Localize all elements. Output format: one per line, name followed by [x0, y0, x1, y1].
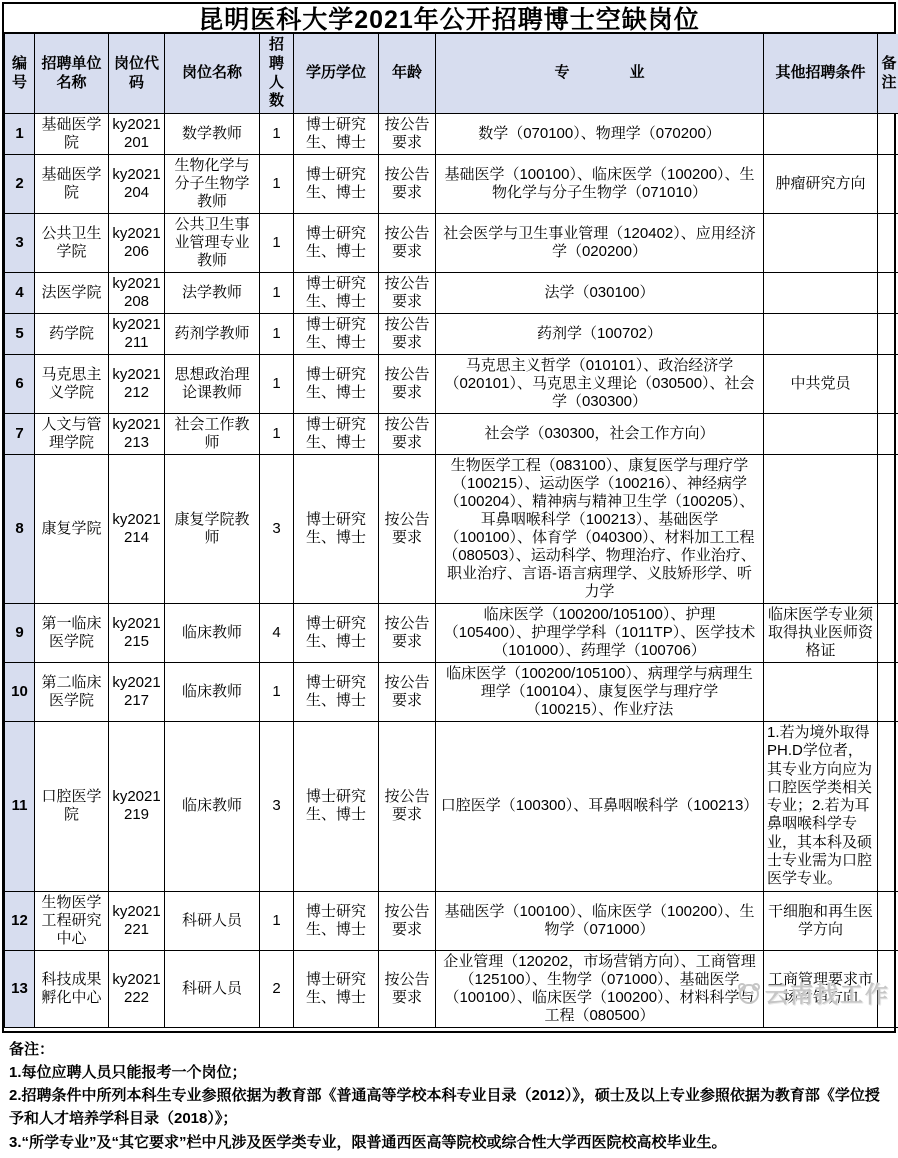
cell-post-name: 公共卫生事业管理专业教师: [165, 214, 260, 273]
cell-post-name: 临床教师: [165, 722, 260, 892]
cell-other-conditions: [764, 314, 878, 355]
cell-degree: 博士研究生、博士: [294, 891, 379, 950]
cell-age: 按公告要求: [379, 722, 436, 892]
col-header-count: 招聘人数: [260, 34, 294, 114]
col-header-degree: 学历学位: [294, 34, 379, 114]
cell-other-conditions: 肿瘤研究方向: [764, 155, 878, 214]
cell-headcount: 1: [260, 891, 294, 950]
col-header-post: 岗位名称: [165, 34, 260, 114]
table-row: 12 生物医学工程研究中心 ky2021221 科研人员 1 博士研究生、博士 …: [5, 891, 898, 950]
cell-post-code: ky2021211: [109, 314, 165, 355]
cell-post-name: 生物化学与分子生物学教师: [165, 155, 260, 214]
cell-post-code: ky2021219: [109, 722, 165, 892]
cell-age: 按公告要求: [379, 114, 436, 155]
cell-age: 按公告要求: [379, 604, 436, 663]
col-header-unit: 招聘单位名称: [35, 34, 109, 114]
cell-age: 按公告要求: [379, 455, 436, 604]
cell-row-number: 9: [5, 604, 35, 663]
cell-other-conditions: 中共党员: [764, 355, 878, 414]
footnote-line-2: 2.招聘条件中所列本科生专业参照依据为教育部《普通高等学校本科专业目录（2012…: [9, 1084, 889, 1131]
cell-post-name: 数学教师: [165, 114, 260, 155]
footnote-line-3: 3.“所学专业”及“其它要求”栏中凡涉及医学类专业，限普通西医高等院校或综合性大…: [9, 1131, 889, 1154]
cell-other-conditions: 临床医学专业须取得执业医师资格证: [764, 604, 878, 663]
cell-headcount: 4: [260, 604, 294, 663]
table-row: 11 口腔医学院 ky2021219 临床教师 3 博士研究生、博士 按公告要求…: [5, 722, 898, 892]
cell-degree: 博士研究生、博士: [294, 214, 379, 273]
cell-remark: [878, 273, 898, 314]
cell-post-name: 科研人员: [165, 950, 260, 1027]
cell-unit-name: 第一临床医学院: [35, 604, 109, 663]
cell-unit-name: 生物医学工程研究中心: [35, 891, 109, 950]
cell-row-number: 4: [5, 273, 35, 314]
col-header-code: 岗位代码: [109, 34, 165, 114]
cell-post-name: 法学教师: [165, 273, 260, 314]
cell-unit-name: 基础医学院: [35, 155, 109, 214]
cell-headcount: 1: [260, 414, 294, 455]
cell-age: 按公告要求: [379, 950, 436, 1027]
cell-post-code: ky2021215: [109, 604, 165, 663]
cell-post-name: 科研人员: [165, 891, 260, 950]
table-body: 1 基础医学院 ky2021201 数学教师 1 博士研究生、博士 按公告要求 …: [5, 114, 898, 1028]
cell-other-conditions: 1.若为境外取得PH.D学位者，其专业方向应为口腔医学类相关专业；2.若为耳鼻咽…: [764, 722, 878, 892]
cell-major: 马克思主义哲学（010101）、政治经济学（020101）、马克思主义理论（03…: [436, 355, 764, 414]
cell-row-number: 6: [5, 355, 35, 414]
cell-headcount: 1: [260, 114, 294, 155]
cell-headcount: 1: [260, 273, 294, 314]
cell-headcount: 1: [260, 663, 294, 722]
cell-headcount: 2: [260, 950, 294, 1027]
cell-remark: [878, 155, 898, 214]
table-row: 5 药学院 ky2021211 药剂学教师 1 博士研究生、博士 按公告要求 药…: [5, 314, 898, 355]
table-row: 9 第一临床医学院 ky2021215 临床教师 4 博士研究生、博士 按公告要…: [5, 604, 898, 663]
cell-unit-name: 基础医学院: [35, 114, 109, 155]
cell-headcount: 3: [260, 722, 294, 892]
footnotes: 备注： 1.每位应聘人员只能报考一个岗位； 2.招聘条件中所列本科生专业参照依据…: [4, 1028, 894, 1158]
cell-row-number: 3: [5, 214, 35, 273]
cell-headcount: 3: [260, 455, 294, 604]
col-header-remark: 备注: [878, 34, 898, 114]
cell-row-number: 11: [5, 722, 35, 892]
cell-age: 按公告要求: [379, 214, 436, 273]
cell-age: 按公告要求: [379, 355, 436, 414]
cell-post-code: ky2021217: [109, 663, 165, 722]
cell-post-name: 社会工作教师: [165, 414, 260, 455]
cell-degree: 博士研究生、博士: [294, 314, 379, 355]
cell-headcount: 1: [260, 155, 294, 214]
cell-age: 按公告要求: [379, 273, 436, 314]
cell-unit-name: 口腔医学院: [35, 722, 109, 892]
cell-remark: [878, 455, 898, 604]
cell-post-name: 康复学院教师: [165, 455, 260, 604]
cell-other-conditions: 干细胞和再生医学方向: [764, 891, 878, 950]
cell-post-code: ky2021208: [109, 273, 165, 314]
col-header-major: 专 业: [436, 34, 764, 114]
cell-unit-name: 第二临床医学院: [35, 663, 109, 722]
cell-row-number: 5: [5, 314, 35, 355]
cell-row-number: 10: [5, 663, 35, 722]
cell-row-number: 2: [5, 155, 35, 214]
cell-remark: [878, 663, 898, 722]
cell-row-number: 1: [5, 114, 35, 155]
footnotes-label: 备注：: [9, 1038, 889, 1061]
cell-major: 基础医学（100100）、临床医学（100200）、生物学（071000）: [436, 891, 764, 950]
cell-major: 基础医学（100100）、临床医学（100200）、生物化学与分子生物学（071…: [436, 155, 764, 214]
recruitment-table: 编号 招聘单位名称 岗位代码 岗位名称 招聘人数 学历学位 年龄 专 业 其他招…: [4, 34, 898, 1028]
cell-unit-name: 人文与管理学院: [35, 414, 109, 455]
cell-post-name: 思想政治理论课教师: [165, 355, 260, 414]
cell-age: 按公告要求: [379, 155, 436, 214]
cell-major: 临床医学（100200/105100）、护理（105400）、护理学学科（101…: [436, 604, 764, 663]
table-row: 3 公共卫生学院 ky2021206 公共卫生事业管理专业教师 1 博士研究生、…: [5, 214, 898, 273]
page-title: 昆明医科大学2021年公开招聘博士空缺岗位: [4, 4, 894, 34]
col-header-age: 年龄: [379, 34, 436, 114]
cell-post-code: ky2021204: [109, 155, 165, 214]
cell-major: 临床医学（100200/105100）、病理学与病理生理学（100104）、康复…: [436, 663, 764, 722]
cell-row-number: 8: [5, 455, 35, 604]
cell-unit-name: 公共卫生学院: [35, 214, 109, 273]
cell-remark: [878, 604, 898, 663]
cell-post-code: ky2021222: [109, 950, 165, 1027]
cell-degree: 博士研究生、博士: [294, 663, 379, 722]
cell-other-conditions: [764, 114, 878, 155]
cell-post-code: ky2021206: [109, 214, 165, 273]
cell-unit-name: 科技成果孵化中心: [35, 950, 109, 1027]
table-row: 8 康复学院 ky2021214 康复学院教师 3 博士研究生、博士 按公告要求…: [5, 455, 898, 604]
cell-post-name: 药剂学教师: [165, 314, 260, 355]
cell-degree: 博士研究生、博士: [294, 355, 379, 414]
table-row: 6 马克思主义学院 ky2021212 思想政治理论课教师 1 博士研究生、博士…: [5, 355, 898, 414]
cell-post-code: ky2021214: [109, 455, 165, 604]
cell-unit-name: 康复学院: [35, 455, 109, 604]
cell-remark: [878, 950, 898, 1027]
cell-other-conditions: [764, 414, 878, 455]
cell-post-code: ky2021213: [109, 414, 165, 455]
table-row: 1 基础医学院 ky2021201 数学教师 1 博士研究生、博士 按公告要求 …: [5, 114, 898, 155]
footnote-line-1: 1.每位应聘人员只能报考一个岗位；: [9, 1061, 889, 1084]
cell-major: 社会医学与卫生事业管理（120402）、应用经济学（020200）: [436, 214, 764, 273]
cell-row-number: 13: [5, 950, 35, 1027]
cell-row-number: 12: [5, 891, 35, 950]
recruitment-sheet: 昆明医科大学2021年公开招聘博士空缺岗位 编号 招聘单位名称 岗位代码 岗位名…: [2, 2, 896, 1033]
cell-post-code: ky2021212: [109, 355, 165, 414]
cell-remark: [878, 891, 898, 950]
cell-age: 按公告要求: [379, 663, 436, 722]
cell-remark: [878, 214, 898, 273]
col-header-number: 编号: [5, 34, 35, 114]
cell-remark: [878, 722, 898, 892]
cell-headcount: 1: [260, 314, 294, 355]
table-row: 13 科技成果孵化中心 ky2021222 科研人员 2 博士研究生、博士 按公…: [5, 950, 898, 1027]
cell-other-conditions: 工商管理要求市场营销方向: [764, 950, 878, 1027]
cell-other-conditions: [764, 663, 878, 722]
cell-major: 数学（070100）、物理学（070200）: [436, 114, 764, 155]
table-row: 4 法医学院 ky2021208 法学教师 1 博士研究生、博士 按公告要求 法…: [5, 273, 898, 314]
cell-major: 口腔医学（100300）、耳鼻咽喉科学（100213）: [436, 722, 764, 892]
cell-post-name: 临床教师: [165, 604, 260, 663]
cell-post-name: 临床教师: [165, 663, 260, 722]
cell-degree: 博士研究生、博士: [294, 155, 379, 214]
header-row: 编号 招聘单位名称 岗位代码 岗位名称 招聘人数 学历学位 年龄 专 业 其他招…: [5, 34, 898, 114]
cell-headcount: 1: [260, 355, 294, 414]
cell-remark: [878, 114, 898, 155]
cell-unit-name: 药学院: [35, 314, 109, 355]
cell-major: 企业管理（120202，市场营销方向）、工商管理（125100）、生物学（071…: [436, 950, 764, 1027]
cell-headcount: 1: [260, 214, 294, 273]
cell-remark: [878, 355, 898, 414]
cell-major: 法学（030100）: [436, 273, 764, 314]
cell-major: 社会学（030300，社会工作方向）: [436, 414, 764, 455]
cell-other-conditions: [764, 455, 878, 604]
table-row: 2 基础医学院 ky2021204 生物化学与分子生物学教师 1 博士研究生、博…: [5, 155, 898, 214]
cell-age: 按公告要求: [379, 314, 436, 355]
cell-degree: 博士研究生、博士: [294, 273, 379, 314]
col-header-other: 其他招聘条件: [764, 34, 878, 114]
cell-major: 药剂学（100702）: [436, 314, 764, 355]
cell-row-number: 7: [5, 414, 35, 455]
cell-age: 按公告要求: [379, 891, 436, 950]
cell-post-code: ky2021201: [109, 114, 165, 155]
cell-degree: 博士研究生、博士: [294, 950, 379, 1027]
cell-post-code: ky2021221: [109, 891, 165, 950]
cell-other-conditions: [764, 214, 878, 273]
table-row: 10 第二临床医学院 ky2021217 临床教师 1 博士研究生、博士 按公告…: [5, 663, 898, 722]
cell-major: 生物医学工程（083100）、康复医学与理疗学（100215）、运动医学（100…: [436, 455, 764, 604]
cell-degree: 博士研究生、博士: [294, 414, 379, 455]
cell-remark: [878, 414, 898, 455]
cell-degree: 博士研究生、博士: [294, 604, 379, 663]
cell-age: 按公告要求: [379, 414, 436, 455]
cell-remark: [878, 314, 898, 355]
cell-unit-name: 马克思主义学院: [35, 355, 109, 414]
cell-other-conditions: [764, 273, 878, 314]
cell-degree: 博士研究生、博士: [294, 455, 379, 604]
table-row: 7 人文与管理学院 ky2021213 社会工作教师 1 博士研究生、博士 按公…: [5, 414, 898, 455]
cell-unit-name: 法医学院: [35, 273, 109, 314]
cell-degree: 博士研究生、博士: [294, 722, 379, 892]
cell-degree: 博士研究生、博士: [294, 114, 379, 155]
